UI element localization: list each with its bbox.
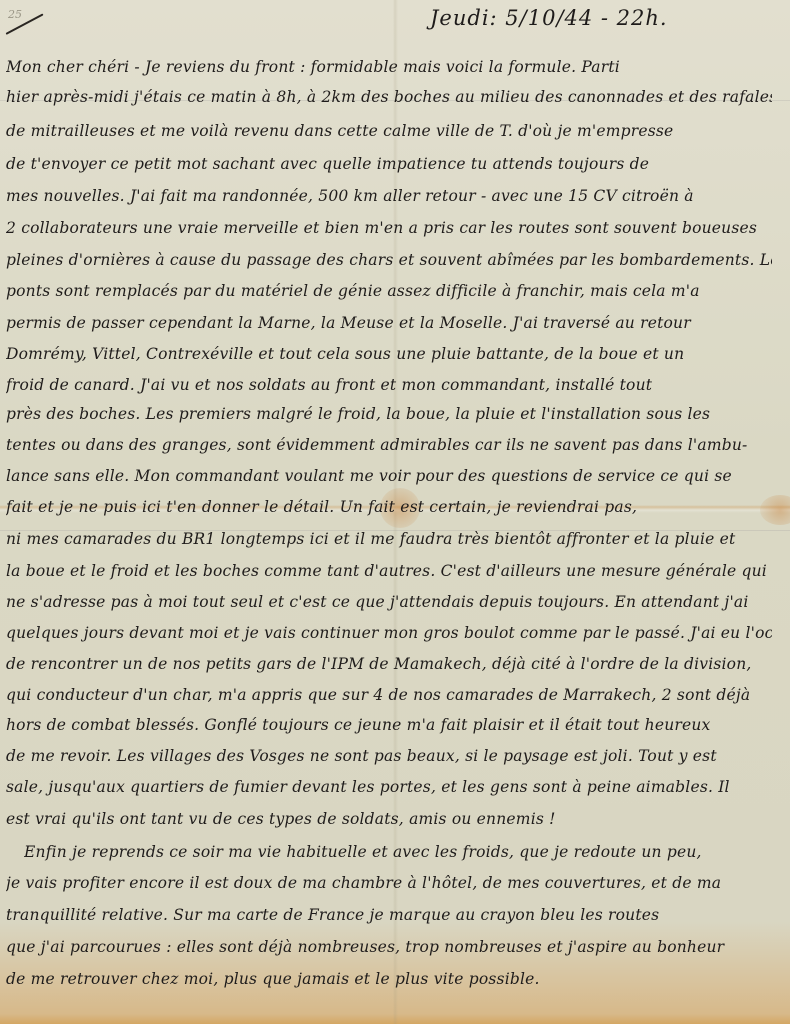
letter-line: lance sans elle. Mon commandant voulant … bbox=[6, 467, 772, 485]
letter-line: fait et je ne puis ici t'en donner le dé… bbox=[6, 498, 772, 516]
letter-line: mes nouvelles. J'ai fait ma randonnée, 5… bbox=[6, 187, 772, 205]
letter-line: froid de canard. J'ai vu et nos soldats … bbox=[6, 376, 772, 394]
letter-line: tranquillité relative. Sur ma carte de F… bbox=[6, 906, 772, 924]
letter-line: Mon cher chéri - Je reviens du front : f… bbox=[6, 58, 772, 76]
letter-page: 25 Jeudi: 5/10/44 - 22h. Mon cher chéri … bbox=[0, 0, 790, 1024]
letter-line: près des boches. Les premiers malgré le … bbox=[6, 405, 772, 423]
folio-number: 25 bbox=[8, 8, 22, 21]
letter-line: est vrai qu'ils ont tant vu de ces types… bbox=[6, 810, 772, 828]
letter-line: tentes ou dans des granges, sont évidemm… bbox=[6, 436, 772, 454]
letter-line: ni mes camarades du BR1 longtemps ici et… bbox=[6, 530, 772, 548]
letter-line: permis de passer cependant la Marne, la … bbox=[6, 314, 772, 332]
letter-line: que j'ai parcourues : elles sont déjà no… bbox=[6, 938, 772, 956]
letter-line: hors de combat blessés. Gonflé toujours … bbox=[6, 716, 772, 734]
letter-line: 2 collaborateurs une vraie merveille et … bbox=[6, 219, 772, 237]
letter-line: je vais profiter encore il est doux de m… bbox=[6, 874, 772, 892]
letter-line: la boue et le froid et les boches comme … bbox=[6, 562, 772, 580]
letter-line: Domrémy, Vittel, Contrexéville et tout c… bbox=[6, 345, 772, 363]
letter-line: qui conducteur d'un char, m'a appris que… bbox=[6, 686, 772, 704]
letter-line: de mitrailleuses et me voilà revenu dans… bbox=[6, 122, 772, 140]
date-heading: Jeudi: 5/10/44 - 22h. bbox=[430, 6, 668, 30]
letter-line: de me retrouver chez moi, plus que jamai… bbox=[6, 970, 772, 988]
letter-line: sale, jusqu'aux quartiers de fumier deva… bbox=[6, 778, 772, 796]
letter-line: ne s'adresse pas à moi tout seul et c'es… bbox=[6, 593, 772, 611]
letter-line: pleines d'ornières à cause du passage de… bbox=[6, 251, 772, 269]
letter-line: quelques jours devant moi et je vais con… bbox=[6, 624, 772, 642]
letter-line: ponts sont remplacés par du matériel de … bbox=[6, 282, 772, 300]
letter-line: de me revoir. Les villages des Vosges ne… bbox=[6, 747, 772, 765]
letter-line: Enfin je reprends ce soir ma vie habitue… bbox=[24, 843, 772, 861]
letter-line: de t'envoyer ce petit mot sachant avec q… bbox=[6, 155, 772, 173]
letter-line: de rencontrer un de nos petits gars de l… bbox=[6, 655, 772, 673]
letter-line: hier après-midi j'étais ce matin à 8h, à… bbox=[6, 88, 772, 106]
